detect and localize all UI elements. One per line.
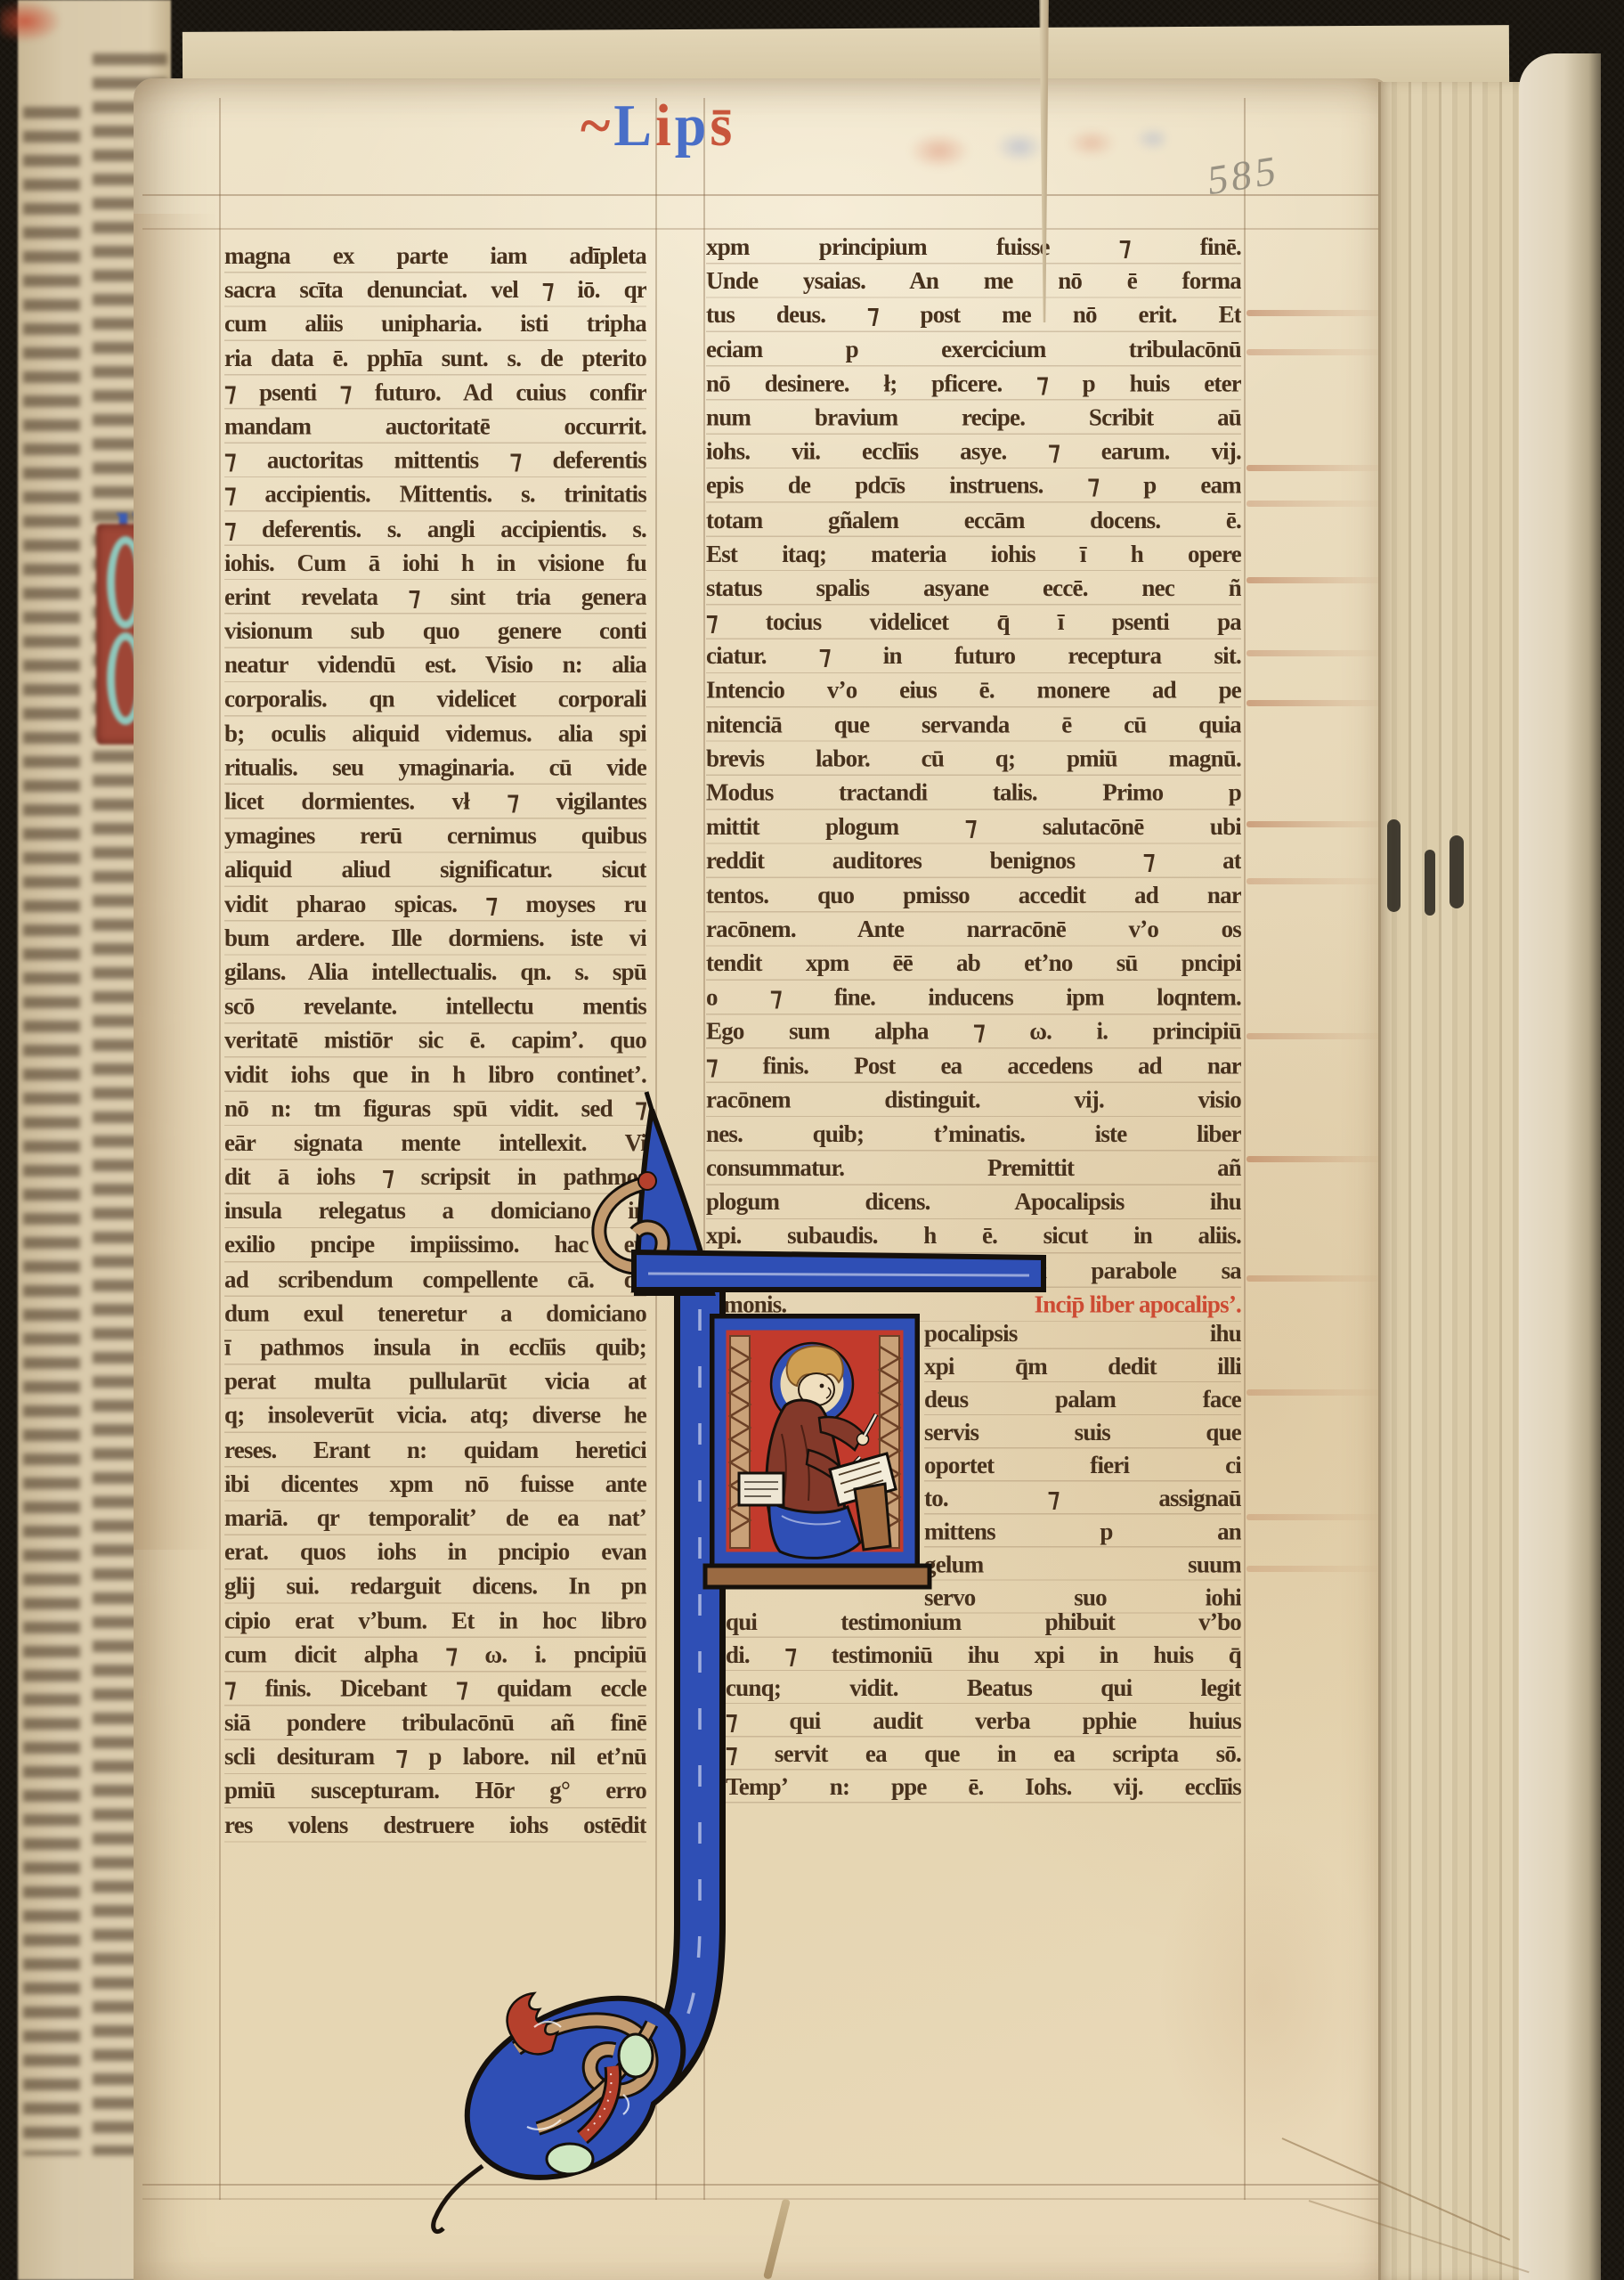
text-line: Intencio vʼo eius ē. monere ad pe <box>706 673 1241 707</box>
text-line: tus deus. ⁊ post me nō erit. Et <box>706 298 1241 332</box>
tail-terminal-flourish <box>434 1993 684 2232</box>
text-line: ciatur. ⁊ in futuro receptura sit. <box>706 639 1241 673</box>
offset-streak <box>1246 501 1387 507</box>
running-title-letter: i <box>655 91 675 160</box>
text-line: ⁊ accipientis. Mittentis. s. trinitatis <box>224 477 646 511</box>
edge-ink-blot <box>1449 835 1464 908</box>
running-title-letter: L <box>613 91 655 160</box>
text-line: iohs. vii. ecclīis asye. ⁊ earum. vij. <box>706 435 1241 468</box>
text-line: brevis labor. cū q; pmiū magnū. <box>706 742 1241 776</box>
text-line: scō revelante. intellectu mentis <box>224 989 646 1023</box>
edge-ink-blot <box>1425 850 1435 916</box>
terminal-green-knob <box>619 2034 653 2077</box>
scribe-eye <box>820 1384 824 1388</box>
running-title-letter: s̄ <box>710 91 735 160</box>
manuscript-photo: u ~Lips̄ 585 magna ex parte iam adīplet… <box>0 0 1624 2280</box>
facing-page-red-heading <box>0 0 62 43</box>
text-line: aliquid aliud significatur. sicut <box>224 852 646 886</box>
text-line: magna ex parte iam adīpleta <box>224 239 646 273</box>
offset-streak <box>1246 349 1387 355</box>
text-line: corporalis. qn videlicet corporali <box>224 682 646 716</box>
ruling-line <box>1244 98 1246 2200</box>
text-line: visionum sub quo genere conti <box>224 614 646 647</box>
text-line: tentos. quo pmisso accedit ad nar <box>706 878 1241 912</box>
text-line: b; oculis aliquid videmus. alia spi <box>224 716 646 750</box>
text-line: totam gñalem eccām docens. ē. <box>706 502 1241 536</box>
text-line: eciam p exercicium tribulacōnū <box>706 332 1241 366</box>
show-through-marks <box>899 107 1166 187</box>
offset-streak <box>1246 1389 1387 1396</box>
offset-streak <box>1246 1566 1387 1572</box>
initial-top-bar <box>634 1252 1043 1290</box>
offset-streak <box>1246 310 1387 316</box>
text-line: Modus tractandi talis. Primo p <box>706 776 1241 810</box>
offset-streak <box>1246 577 1387 583</box>
initial-apex-tip <box>646 1092 652 1110</box>
offset-streak <box>1246 700 1387 706</box>
offset-streak <box>1246 878 1387 884</box>
apex-red-bud <box>638 1172 656 1190</box>
text-line: Est itaq; materia iohis ī h opere <box>706 537 1241 571</box>
offset-streak <box>1246 465 1387 471</box>
text-line: reddit auditores benignos ⁊ at <box>706 843 1241 877</box>
text-line: mittit plogum ⁊ salutacōnē ubi <box>706 810 1241 843</box>
text-line: ⁊ deferentis. s. angli accipientis. s. <box>224 511 646 545</box>
text-line: ritualis. seu ymaginaria. cū vide <box>224 751 646 785</box>
text-line: xpm principium fuisse ⁊ finē. <box>706 230 1241 264</box>
text-line: ⁊ auctoritas mittentis ⁊ deferentis <box>224 444 646 477</box>
text-line: ⁊ psenti ⁊ futuro. Ad cuius confir <box>224 375 646 409</box>
text-line: racōnem. Ante narracōnē vʼo os <box>706 912 1241 946</box>
text-line: vidit pharao spicas. ⁊ moyses ru <box>224 887 646 921</box>
text-line: neatur videndū est. Visio n: alia <box>224 648 646 682</box>
offset-streak <box>1246 1514 1387 1520</box>
text-line: o ⁊ fine. inducens ipm loqntem. <box>706 981 1241 1014</box>
text-line: erint revelata ⁊ sint tria genera <box>224 580 646 614</box>
text-line: mandam auctoritatē occurrit. <box>224 410 646 444</box>
running-title-letter: p <box>675 91 710 160</box>
text-line: Unde ysaias. An me nō ē forma <box>706 264 1241 297</box>
text-line: nitenciā que servanda ē cū quia <box>706 707 1241 741</box>
text-line: num bravium recipe. Scribit aū <box>706 401 1241 435</box>
ruling-line <box>219 98 221 2200</box>
illuminated-initial-A <box>427 1051 1077 2280</box>
terminal-green-knob <box>547 2144 593 2174</box>
page-edge-stack <box>1378 82 1521 2280</box>
facing-page-text-column <box>23 107 80 2155</box>
text-line: ymagines rerū cernimus quibus <box>224 818 646 852</box>
text-line: epis de pdcīs instruens. ⁊ p eam <box>706 468 1241 502</box>
text-line: tendit xpm ēē ab etʼno sū pncipi <box>706 946 1241 980</box>
edge-ink-blot <box>1387 819 1401 912</box>
offset-streak <box>1246 650 1387 656</box>
panel-base-shelf <box>705 1566 930 1587</box>
text-line: status spalis asyane eccē. nec ñ <box>706 571 1241 605</box>
text-line: licet dormientes. vł ⁊ vigilantes <box>224 785 646 818</box>
ruling-line <box>142 194 1380 196</box>
initial-tail <box>639 1284 700 2084</box>
text-line: ria data ē. pphīa sunt. s. de pterito <box>224 341 646 375</box>
running-title-letter: ~ <box>581 91 613 160</box>
book-fore-edge <box>1519 53 1601 2280</box>
text-line: ⁊ tocius videlicet q̄ ī psenti pa <box>706 605 1241 639</box>
initial-panel <box>712 1316 917 1566</box>
text-line: cum aliis unipharia. isti tripha <box>224 307 646 341</box>
text-line: nō desinere. ł; pficere. ⁊ p huis eter <box>706 366 1241 400</box>
running-title: ~Lips̄ <box>581 91 735 160</box>
offset-streak <box>1246 1275 1387 1282</box>
text-line: iohis. Cum ā iohi h in visione fu <box>224 546 646 580</box>
text-line: gilans. Alia intellectualis. qn. s. spū <box>224 955 646 989</box>
terminal-tendril <box>434 2166 483 2232</box>
text-line: Ego sum alpha ⁊ ω. i. principiū <box>706 1014 1241 1048</box>
offset-streak <box>1246 1156 1387 1162</box>
top-bar-filigree <box>648 1274 1029 1275</box>
text-line: bum ardere. Ille dormiens. iste vi <box>224 921 646 955</box>
offset-streak <box>1246 821 1387 827</box>
text-line: sacra scīta denunciat. vel ⁊ iō. qr <box>224 273 646 306</box>
offset-streak <box>1246 1033 1387 1039</box>
